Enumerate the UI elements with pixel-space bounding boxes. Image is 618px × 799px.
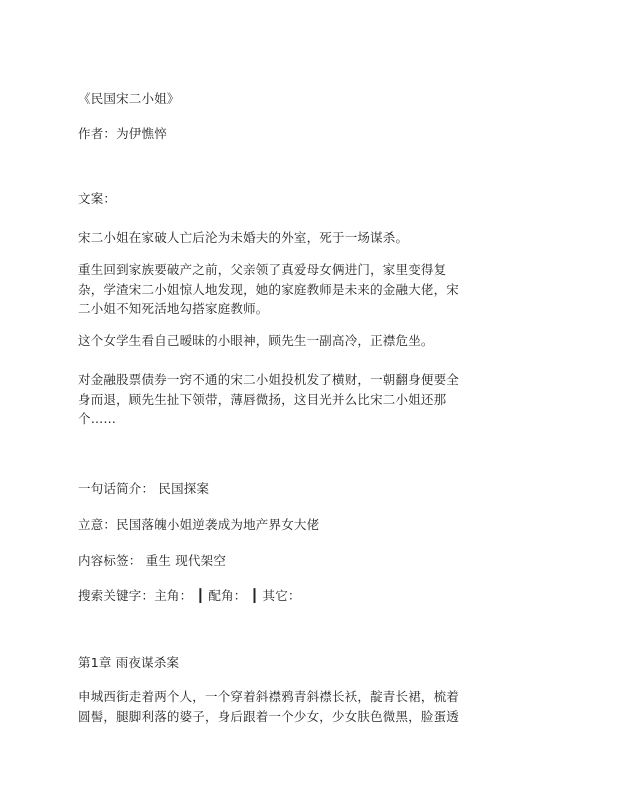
- chapter-title: 第1章 雨夜谋杀案: [78, 653, 179, 672]
- book-author: 作者：为伊憔悴: [78, 124, 167, 143]
- synopsis-paragraph: 这个女学生看自己暧昧的小眼神，顾先生一副高冷，正襟危坐。: [78, 331, 544, 351]
- synopsis-paragraph: 对金融股票债券一窍不通的宋二小姐投机发了横财，一朝翻身便要全 身而退，顾先生扯下…: [78, 370, 544, 429]
- synopsis-label: 文案：: [78, 189, 116, 208]
- one-line-summary: 一句话简介： 民国探案: [78, 479, 209, 498]
- text-line: 这个女学生看自己暧昧的小眼神，顾先生一副高冷，正襟危坐。: [78, 331, 544, 351]
- search-keywords: 搜索关键字：主角： ┃ 配角： ┃ 其它：: [78, 586, 301, 605]
- text-line: 对金融股票债券一窍不通的宋二小姐投机发了横财，一朝翻身便要全: [78, 370, 544, 390]
- text-line: 个……: [78, 409, 544, 429]
- text-line: 身而退，顾先生扯下领带，薄唇微扬，这目光并么比宋二小姐还那: [78, 390, 544, 410]
- text-line: 杂，学渣宋二小姐惊人地发现，她的家庭教师是未来的金融大佬，宋: [78, 280, 544, 300]
- text-line: 宋二小姐在家破人亡后沦为未婚夫的外室，死于一场谋杀。: [78, 228, 544, 248]
- text-line: 圆髻，腿脚利落的婆子，身后跟着一个少女，少女肤色微黑，脸蛋透: [78, 707, 544, 727]
- text-line: 申城西街走着两个人，一个穿着斜襟鸦青斜襟长袄，靛青长裙，梳着: [78, 687, 544, 707]
- book-title: 《民国宋二小姐》: [78, 89, 180, 108]
- text-line: 二小姐不知死活地勾搭家庭教师。: [78, 299, 544, 319]
- synopsis-paragraph: 重生回到家族要破产之前，父亲领了真爱母女俩进门，家里变得复 杂，学渣宋二小姐惊人…: [78, 260, 544, 319]
- synopsis-paragraph: 宋二小姐在家破人亡后沦为未婚夫的外室，死于一场谋杀。: [78, 228, 544, 248]
- text-line: 重生回到家族要破产之前，父亲领了真爱母女俩进门，家里变得复: [78, 260, 544, 280]
- chapter-body: 申城西街走着两个人，一个穿着斜襟鸦青斜襟长袄，靛青长裙，梳着 圆髻，腿脚利落的婆…: [78, 687, 544, 726]
- content-tags: 内容标签： 重生 现代架空: [78, 551, 226, 570]
- theme: 立意：民国落魄小姐逆袭成为地产界女大佬: [78, 515, 319, 534]
